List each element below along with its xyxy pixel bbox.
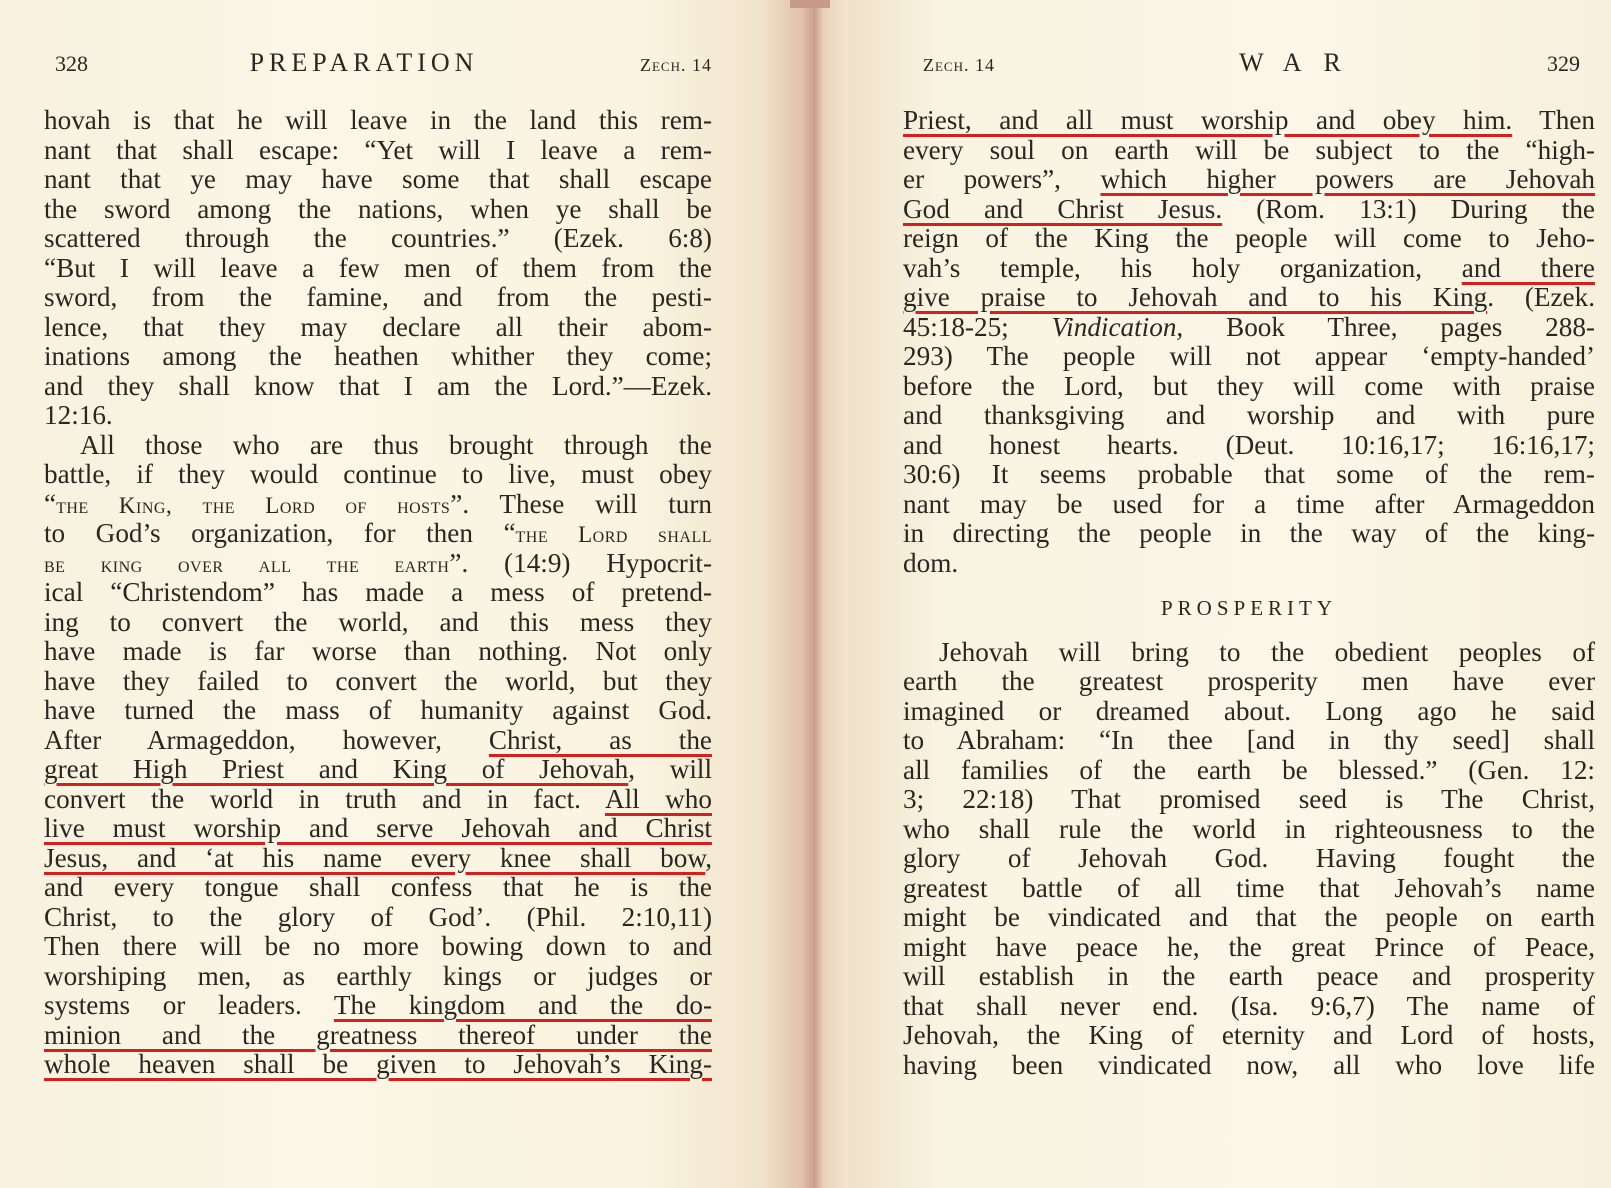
- text-line: have made is far worse than nothing. Not…: [44, 637, 712, 667]
- text-run: Then there will be no more bowing down t…: [44, 931, 712, 961]
- text-line: earth the greatest prosperity men have e…: [903, 667, 1595, 697]
- text-line: hovah is that he will leave in the land …: [44, 106, 712, 136]
- text-run: er powers”,: [903, 164, 1100, 194]
- text-line: “But I will leave a few men of them from…: [44, 254, 712, 284]
- red-underlined-text: live must worship and serve Jehovah and …: [44, 813, 712, 843]
- text-run: ,: [705, 843, 712, 873]
- text-line: that shall never end. (Isa. 9:6,7) The n…: [903, 992, 1595, 1022]
- text-run: ical “Christendom” has made a mess of pr…: [44, 577, 712, 607]
- text-line: Christ, to the glory of God’. (Phil. 2:1…: [44, 903, 712, 933]
- book-spread: 328 PREPARATION Zech. 14 hovah is that h…: [0, 0, 1611, 1188]
- text-line: the sword among the nations, when ye sha…: [44, 195, 712, 225]
- text-run: 293) The people will not appear ‘empty-h…: [903, 341, 1595, 371]
- text-run: 30:6) It seems probable that some of the…: [903, 459, 1595, 489]
- text-run: imagined or dreamed about. Long ago he s…: [903, 696, 1595, 726]
- text-line: glory of Jehovah God. Having fought the: [903, 844, 1595, 874]
- text-line: all families of the earth be blessed.” (…: [903, 756, 1595, 786]
- text-run: scattered through the countries.” (Ezek.…: [44, 223, 712, 253]
- text-line: vah’s temple, his holy organization, and…: [903, 254, 1595, 284]
- text-line: nant may be used for a time after Armage…: [903, 490, 1595, 520]
- text-run: systems or leaders.: [44, 990, 334, 1020]
- text-line: minion and the greatness thereof under t…: [44, 1021, 712, 1051]
- text-run: all families of the earth be blessed.” (…: [903, 755, 1595, 785]
- text-run: ”. These will turn: [450, 489, 712, 519]
- text-run: dom.: [903, 548, 958, 578]
- red-underlined-text: God and Christ Jesus.: [903, 194, 1222, 224]
- text-line: 45:18-25; Vindication, Book Three, pages…: [903, 313, 1595, 343]
- text-run: battle, if they would continue to live, …: [44, 459, 712, 489]
- text-line: every soul on earth will be subject to t…: [903, 136, 1595, 166]
- right-running-head: Zech. 14 WAR 329: [923, 48, 1580, 84]
- text-line: have turned the mass of humanity against…: [44, 696, 712, 726]
- running-title-left: PREPARATION: [250, 48, 479, 78]
- red-underlined-text: All who: [605, 784, 712, 814]
- text-line: might have peace he, the great Prince of…: [903, 933, 1595, 963]
- text-line: Priest, and all must worship and obey hi…: [903, 106, 1595, 136]
- text-run: nant that shall escape: “Yet will I leav…: [44, 135, 712, 165]
- text-run: earth the greatest prosperity men have e…: [903, 666, 1595, 696]
- text-line: be king over all the earth”. (14:9) Hypo…: [44, 549, 712, 579]
- text-line: nant that ye may have some that shall es…: [44, 165, 712, 195]
- text-line: Then there will be no more bowing down t…: [44, 932, 712, 962]
- text-line: in directing the people in the way of th…: [903, 519, 1595, 549]
- gutter-shadow: [790, 0, 830, 8]
- red-underlined-text: Jesus, and ‘at his name every knee shall…: [44, 843, 705, 873]
- text-line: whole heaven shall be given to Jehovah’s…: [44, 1050, 712, 1080]
- text-line: and they shall know that I am the Lord.”…: [44, 372, 712, 402]
- text-line: sword, from the famine, and from the pes…: [44, 283, 712, 313]
- right-page: Zech. 14 WAR 329 Priest, and all must wo…: [848, 0, 1611, 1188]
- text-run: have made is far worse than nothing. Not…: [44, 636, 712, 666]
- text-run: and thanksgiving and worship and with pu…: [903, 400, 1595, 430]
- text-line: scattered through the countries.” (Ezek.…: [44, 224, 712, 254]
- text-line: “the King, the Lord of hosts”. These wil…: [44, 490, 712, 520]
- text-run: worshiping men, as earthly kings or judg…: [44, 961, 712, 991]
- text-line: After Armageddon, however, Christ, as th…: [44, 726, 712, 756]
- text-run: sword, from the famine, and from the pes…: [44, 282, 712, 312]
- text-line: imagined or dreamed about. Long ago he s…: [903, 697, 1595, 727]
- text-run: might be vindicated and that the people …: [903, 902, 1595, 932]
- small-caps-text: the Lord shall: [516, 522, 712, 547]
- text-line: battle, if they would continue to live, …: [44, 460, 712, 490]
- text-run: convert the world in truth and in fact.: [44, 784, 605, 814]
- text-line: having been vindicated now, all who love…: [903, 1051, 1595, 1081]
- text-line: before the Lord, but they will come with…: [903, 372, 1595, 402]
- prosperity-paragraph: Jehovah will bring to the obedient peopl…: [903, 638, 1595, 1081]
- text-run: might have peace he, the great Prince of…: [903, 932, 1595, 962]
- text-run: inations among the heathen whither they …: [44, 341, 712, 371]
- text-run: Christ, to the glory of God’. (Phil. 2:1…: [44, 902, 712, 932]
- text-run: who shall rule the world in righteousnes…: [903, 814, 1595, 844]
- text-line: worshiping men, as earthly kings or judg…: [44, 962, 712, 992]
- small-caps-text: be king over all the earth: [44, 552, 449, 577]
- text-line: dom.: [903, 549, 1595, 579]
- text-run: 12:16.: [44, 400, 113, 430]
- red-underlined-text: which higher powers are Jehovah: [1100, 164, 1595, 194]
- text-run: before the Lord, but they will come with…: [903, 371, 1595, 401]
- text-run: “But I will leave a few men of them from…: [44, 253, 712, 283]
- text-run: Then: [1512, 105, 1595, 135]
- text-line: 30:6) It seems probable that some of the…: [903, 460, 1595, 490]
- red-underlined-text: minion and the greatness thereof under t…: [44, 1020, 712, 1050]
- text-run: , will: [628, 754, 712, 784]
- text-line: inations among the heathen whither they …: [44, 342, 712, 372]
- text-run: have turned the mass of humanity against…: [44, 695, 712, 725]
- text-run: nant may be used for a time after Armage…: [903, 489, 1595, 519]
- text-run: every soul on earth will be subject to t…: [903, 135, 1595, 165]
- text-line: give praise to Jehovah and to his King. …: [903, 283, 1595, 313]
- small-caps-text: the King, the Lord of hosts: [56, 493, 450, 518]
- text-run: After Armageddon, however,: [44, 725, 489, 755]
- right-main-paragraph: Priest, and all must worship and obey hi…: [903, 106, 1595, 578]
- text-run: and they shall know that I am the Lord.”…: [44, 371, 712, 401]
- book-reference-left: Zech. 14: [640, 55, 712, 76]
- text-line: have they failed to convert the world, b…: [44, 667, 712, 697]
- text-line: and thanksgiving and worship and with pu…: [903, 401, 1595, 431]
- text-run: Jehovah, the King of eternity and Lord o…: [903, 1020, 1595, 1050]
- text-line: All those who are thus brought through t…: [44, 431, 712, 461]
- running-title-right: WAR: [1239, 48, 1363, 78]
- text-line: er powers”, which higher powers are Jeho…: [903, 165, 1595, 195]
- text-run: have they failed to convert the world, b…: [44, 666, 712, 696]
- red-underlined-text: whole heaven shall be given to Jehovah’s…: [44, 1049, 712, 1079]
- right-body-text: Priest, and all must worship and obey hi…: [903, 106, 1595, 1080]
- text-line: live must worship and serve Jehovah and …: [44, 814, 712, 844]
- text-run: reign of the King the people will come t…: [903, 223, 1595, 253]
- text-run: . (Ezek.: [1487, 282, 1595, 312]
- text-line: nant that shall escape: “Yet will I leav…: [44, 136, 712, 166]
- section-heading-prosperity: PROSPERITY: [903, 594, 1595, 624]
- red-underlined-text: Christ, as the: [489, 725, 712, 755]
- text-line: lence, that they may declare all their a…: [44, 313, 712, 343]
- text-run: lence, that they may declare all their a…: [44, 312, 712, 342]
- text-run: in directing the people in the way of th…: [903, 518, 1595, 548]
- italic-text: Vindication,: [1052, 312, 1184, 342]
- text-line: great High Priest and King of Jehovah, w…: [44, 755, 712, 785]
- text-run: to God’s organization, for then “: [44, 518, 516, 548]
- red-underlined-text: great High Priest and King of Jehovah: [44, 754, 628, 784]
- red-underlined-text: Priest, and all must worship and obey hi…: [903, 105, 1512, 135]
- text-run: nant that ye may have some that shall es…: [44, 164, 712, 194]
- text-line: to God’s organization, for then “the Lor…: [44, 519, 712, 549]
- text-run: greatest battle of all time that Jehovah…: [903, 873, 1595, 903]
- page-number-right: 329: [1547, 51, 1580, 77]
- text-run: to Abraham: “In thee [and in thy seed] s…: [903, 725, 1595, 755]
- book-reference-right: Zech. 14: [923, 55, 995, 76]
- red-underlined-text: and there: [1462, 253, 1595, 283]
- text-line: 3; 22:18) That promised seed is The Chri…: [903, 785, 1595, 815]
- text-run: that shall never end. (Isa. 9:6,7) The n…: [903, 991, 1595, 1021]
- text-line: might be vindicated and that the people …: [903, 903, 1595, 933]
- text-line: Jehovah, the King of eternity and Lord o…: [903, 1021, 1595, 1051]
- text-line: and honest hearts. (Deut. 10:16,17; 16:1…: [903, 431, 1595, 461]
- text-line: will establish in the earth peace and pr…: [903, 962, 1595, 992]
- left-running-head: 328 PREPARATION Zech. 14: [55, 48, 712, 84]
- text-run: the sword among the nations, when ye sha…: [44, 194, 712, 224]
- text-run: 45:18-25;: [903, 312, 1052, 342]
- text-line: Jesus, and ‘at his name every knee shall…: [44, 844, 712, 874]
- text-line: ing to convert the world, and this mess …: [44, 608, 712, 638]
- text-run: vah’s temple, his holy organization,: [903, 253, 1462, 283]
- left-body-text: hovah is that he will leave in the land …: [44, 106, 712, 1080]
- text-run: ”. (14:9) Hypocrit-: [449, 548, 712, 578]
- red-underlined-text: give praise to Jehovah and to his King: [903, 282, 1487, 312]
- text-line: Jehovah will bring to the obedient peopl…: [903, 638, 1595, 668]
- text-run: ing to convert the world, and this mess …: [44, 607, 712, 637]
- text-line: who shall rule the world in righteousnes…: [903, 815, 1595, 845]
- text-run: All those who are thus brought through t…: [80, 430, 712, 460]
- text-line: systems or leaders. The kingdom and the …: [44, 991, 712, 1021]
- text-run: Book Three, pages 288-: [1183, 312, 1595, 342]
- book-gutter: [760, 0, 848, 1188]
- text-line: 12:16.: [44, 401, 712, 431]
- text-run: will establish in the earth peace and pr…: [903, 961, 1595, 991]
- text-run: Jehovah will bring to the obedient peopl…: [939, 637, 1595, 667]
- text-line: 293) The people will not appear ‘empty-h…: [903, 342, 1595, 372]
- text-run: and every tongue shall confess that he i…: [44, 872, 712, 902]
- text-line: reign of the King the people will come t…: [903, 224, 1595, 254]
- text-run: having been vindicated now, all who love…: [903, 1050, 1595, 1080]
- text-run: 3; 22:18) That promised seed is The Chri…: [903, 784, 1595, 814]
- text-line: ical “Christendom” has made a mess of pr…: [44, 578, 712, 608]
- text-line: and every tongue shall confess that he i…: [44, 873, 712, 903]
- page-number-left: 328: [55, 51, 88, 77]
- left-page: 328 PREPARATION Zech. 14 hovah is that h…: [0, 0, 760, 1188]
- text-line: God and Christ Jesus. (Rom. 13:1) During…: [903, 195, 1595, 225]
- red-underlined-text: The kingdom and the do-: [334, 990, 712, 1020]
- text-run: hovah is that he will leave in the land …: [44, 105, 712, 135]
- text-run: glory of Jehovah God. Having fought the: [903, 843, 1595, 873]
- text-line: convert the world in truth and in fact. …: [44, 785, 712, 815]
- text-run: (Rom. 13:1) During the: [1222, 194, 1595, 224]
- text-run: and honest hearts. (Deut. 10:16,17; 16:1…: [903, 430, 1595, 460]
- text-line: greatest battle of all time that Jehovah…: [903, 874, 1595, 904]
- text-line: to Abraham: “In thee [and in thy seed] s…: [903, 726, 1595, 756]
- text-run: “: [44, 489, 56, 519]
